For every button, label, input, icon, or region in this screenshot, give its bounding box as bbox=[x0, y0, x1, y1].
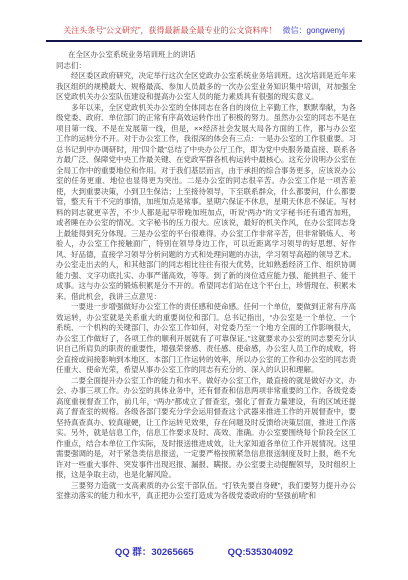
promo-header: 关注头条号“公文研究”，获得最新最全最专业的公文资料库！微信：gongwenyj bbox=[46, 25, 362, 42]
paragraph-4: 二要全面提升办公室工作的能力和水平。做好办公室工作，最直接的就是做好办文、办会、… bbox=[56, 376, 356, 481]
qq-group-label: QQ 群：30265665 bbox=[115, 547, 194, 558]
paragraph-1: 经区委区政府研究，决定举行这次全区党政办公室系统业务培训班。这次培训是近年来我区… bbox=[56, 71, 356, 103]
document-title: 在全区办公室系统业务培训班上的讲话 bbox=[56, 50, 356, 61]
paragraph-3: 一要进一步增强做好办公室工作的责任感和使命感。任何一个单位，要做到正常有序高效运… bbox=[56, 302, 356, 376]
document-page: 关注头条号“公文研究”，获得最新最全最专业的公文资料库！微信：gongwenyj… bbox=[0, 0, 408, 580]
paragraph-5: 三要努力造就一支高素质的办公室干部队伍。“打铁先要自身硬”，我们要努力提升办公室… bbox=[56, 481, 356, 502]
document-body: 在全区办公室系统业务培训班上的讲话 同志们： 经区委区政府研究，决定举行这次全区… bbox=[56, 50, 356, 502]
qq-label: QQ:535304092 bbox=[228, 547, 294, 558]
contact-footer: QQ 群：30265665QQ:535304092 bbox=[0, 547, 408, 559]
salutation: 同志们： bbox=[56, 61, 356, 72]
wechat-contact-text: 微信：gongwenyj bbox=[283, 26, 345, 35]
paragraph-2: 多年以来，全区党政机关办公室的全体同志在各自的岗位上辛勤工作，默默奉献，为各级党… bbox=[56, 103, 356, 303]
promo-header-text: 关注头条号“公文研究”，获得最新最全最专业的公文资料库！ bbox=[63, 26, 276, 35]
